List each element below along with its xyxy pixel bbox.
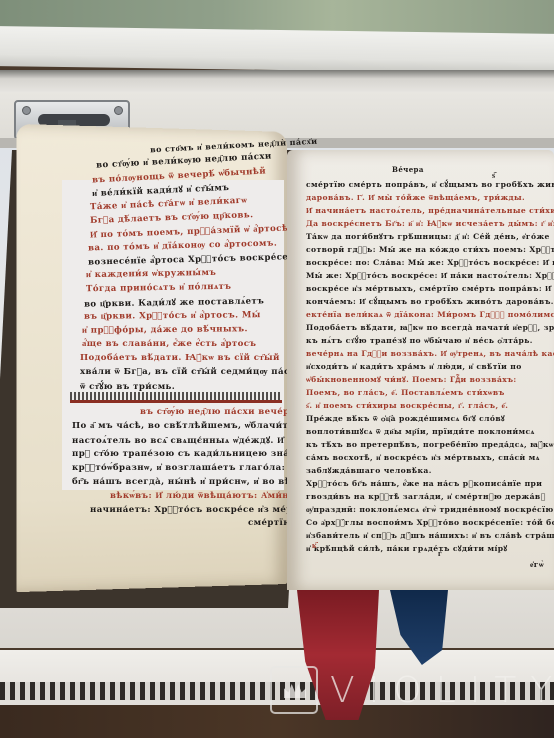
crown-icon	[284, 684, 306, 698]
text-line: Хрⷭ҇то́съ бг҃ъ на́шъ, е҆́же на на́съ рꙋк…	[306, 479, 542, 488]
text-line: Мы́ же: Хрⷭ҇то́съ воскре́се: И҆ па́ки на…	[306, 271, 554, 280]
text-line: къ тѣ́хъ во претерпѣ́въ, погребе́нїю пре…	[306, 440, 554, 449]
text-line: заблꙋжда́вшаго человѣ́ка.	[306, 466, 432, 476]
watermark: VIOLITY	[270, 666, 554, 724]
text-line: Поемъ, во гла́съ, е҃. Поставлѧ́емъ сти́х…	[306, 388, 505, 397]
screw-icon	[22, 106, 31, 115]
decorative-rule	[70, 400, 282, 403]
catchword: сме́ртїю	[248, 518, 292, 528]
text-line: вече́рнѧ на Гдⷭ҇и воззва́хъ. И҆ ѹ҆тренѧ,…	[306, 349, 554, 358]
text-line: и҆ прⷭ҇фо́ры, да́же до вѣ́чныхъ.	[82, 323, 248, 335]
catchword: е҆гѡ̀	[530, 560, 544, 569]
text-line: въ ц҃ркви. Хрⷭ҇то́съ и҆ а҆́ртосъ. Мы́	[84, 309, 261, 322]
text-line: екте́нїа вели́каѧ ѿ дїа́кона: Ми́ромъ Гд…	[306, 310, 554, 319]
watermark-text: VIOLITY	[330, 670, 554, 711]
window-frame-channel	[0, 70, 554, 92]
text-line: Подоба́етъ вѣ́дати, ꙗ҆́кѡ по всегда̀ нач…	[306, 323, 554, 332]
text-line: къ нѧ́тъ ст҃ꙋ́ю трапе́зꙋ по ѡ҆бы́чаю и҆ …	[306, 336, 533, 346]
text-line: По а҃ мъ ча́сѣ, во свѣ́тлѣйшемъ, ѡ҆блачи…	[72, 420, 299, 431]
text-line: Со а҆рхⷢ҇́глы воспои́мъ Хрⷭ҇то́во воскре…	[306, 518, 554, 527]
text-line: са́мъ восхотѣ̀, и҆ воскре́съ и҆з ме́ртвы…	[306, 453, 540, 462]
text-line: И҆ начина́етъ настоѧ́тель, пре́дначина́т…	[306, 206, 554, 215]
text-line: и҆ каждени́я ѡ҆кружны́мъ	[86, 267, 216, 280]
screw-icon	[114, 106, 123, 115]
text-line: ѹ҆праздни̑: поклонѧ́емсѧ е҆гѡ̀ тридне́вн…	[306, 505, 554, 515]
margin-mark: к҃	[312, 540, 317, 550]
text-line: и҆збави́тель и҆ спⷭ҇ъ дꙋ́шъ на́шихъ: и҆ …	[306, 531, 554, 540]
text-line: Пре́жде вѣ́къ ѿ ѻ҆ц҃а̀ рожде́шимсѧ бг҃ꙋ …	[306, 414, 505, 424]
text-line: хва́ли ѿ Бгⷣа, въ сїй ст҃ы́й седми́цѹ па…	[80, 366, 302, 377]
text-line: сме́ртїю сме́рть попра́въ, и҆ сꙋ́щымъ во…	[306, 180, 554, 190]
text-line: вѣкѡ́въ: И҆ лю́ди ѿвѣща́ютъ: А҆ми́нь	[110, 490, 295, 501]
text-line: воскре́се: по: Сла́ва: Мы́ же: Хрⷭ҇то́съ…	[306, 258, 554, 267]
text-line: сотвори̑ гдⷭ҇ь: Мы́ же на ко́ждо сти́хъ …	[306, 245, 554, 254]
text-line: и҆ крѣ́пцѣй си́лѣ, па́ки грѧде́тъ сꙋди́т…	[306, 544, 507, 554]
watermark-logo-box	[270, 666, 318, 714]
text-line: Та́кѡ да поги́бнꙋтъ грѣ́шницы: д҃ и҆: Се…	[306, 232, 550, 242]
text-line: воскре́се и҆з ме́ртвыхъ, сме́ртїю сме́рт…	[306, 284, 554, 293]
text-line: Подоба́етъ вѣ́дати. Ꙗ҆́кѡ въ сїй ст҃ы́й	[80, 352, 280, 363]
text-line: настоѧ́тель во всѧ̑ свѧщє́нныѧ ѡ҆де́ждꙋ.…	[72, 434, 318, 446]
text-line: конча́емъ: И҆ сꙋ́щымъ во гробѣ́хъ живо́т…	[306, 297, 554, 307]
text-line: воплоти́вшꙋсѧ ѿ дв҃ы мр҃і́и, прїиди́те п…	[306, 427, 535, 437]
signature-mark: г҃	[438, 548, 442, 558]
text-line: ѡ҆бы́кновенномꙋ чи́нꙋ. Поемъ: Гдⷭ҇и возз…	[306, 375, 517, 385]
text-line: ѕ҃. и҆ поемъ сти́хиры воскре́сны, г҃. гл…	[306, 401, 508, 410]
running-head: Ве́чера	[392, 165, 424, 174]
window-frame	[0, 26, 554, 74]
text-line: бг҃ъ на́шъ всегда̀, ны́нѣ и҆ при́снѡ, и҆…	[72, 476, 304, 487]
text-line: а҆́ще въ слава́ни, е҆́же е҆́сть а҆́ртосъ	[82, 338, 256, 349]
text-line: Да воскре́снетъ Бг҃ъ: в҃ и҆: Ꙗ҆́кѡ исчез…	[306, 219, 554, 228]
page-number: ѕ҃	[492, 170, 496, 180]
decorative-headpiece	[70, 392, 282, 400]
section-header: въ ст҃ѹ́ю нед҃лю па́схи вече́ра	[140, 406, 295, 417]
text-line: гвозди́въ на крⷭ҇тѣ̀ загла́ди, и҆ сме́рт…	[306, 492, 546, 501]
text-line: и҆сходи́тъ и҆ кади́тъ хра́мъ и҆ лю́ди, и…	[306, 362, 522, 371]
text-line: ѿ ст҃ꙋ́ю въ три́смь.	[80, 380, 175, 392]
text-line: дарова́въ. Г҃. И҆ мы̀ то́йже ѿвѣща́емъ, …	[306, 193, 525, 202]
